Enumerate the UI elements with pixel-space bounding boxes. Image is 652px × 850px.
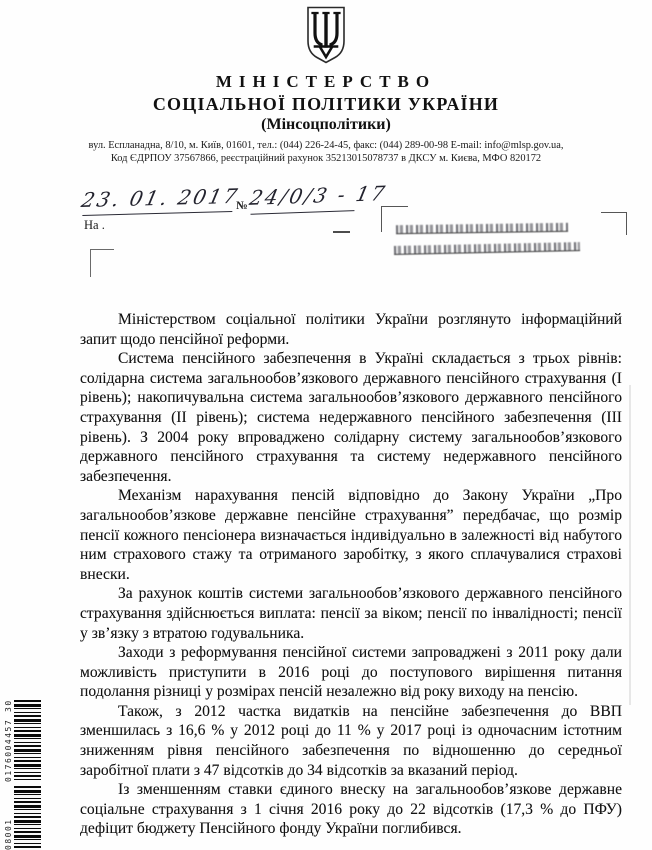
scan-dash-mark [333, 231, 350, 233]
barcode-digits: 0176004457 [4, 719, 13, 782]
ministry-title-line2: СОЦІАЛЬНОЇ ПОЛІТИКИ УКРАЇНИ [0, 94, 652, 115]
handwritten-outgoing-number: 24/0/3 - 17 [250, 182, 355, 215]
address-contacts-line: вул. Еспланадна, 8/10, м. Київ, 01601, т… [0, 140, 652, 151]
ministry-title-line1: МІНІСТЕРСТВО [0, 72, 652, 92]
scanned-letter-page: МІНІСТЕРСТВО СОЦІАЛЬНОЇ ПОЛІТИКИ УКРАЇНИ… [0, 0, 652, 850]
body-corner-mark [90, 249, 114, 277]
redacted-recipient-line [394, 242, 580, 255]
scan-artifact-line [629, 385, 631, 705]
number-symbol: № [236, 200, 248, 212]
registration-details-line: Код ЄДРПОУ 37567866, реєстраційний рахун… [0, 153, 652, 164]
body-paragraph: Система пенсійного забезпечення в Україн… [80, 349, 622, 486]
redacted-recipient-line [396, 223, 568, 234]
ukraine-coat-of-arms-icon [303, 6, 349, 64]
body-paragraph: Заходи з реформування пенсійної системи … [80, 643, 622, 702]
body-paragraph: За рахунок коштів системи загальнообов’я… [80, 584, 622, 643]
handwritten-date-text: 23. 01. 2017 [79, 184, 242, 212]
body-paragraph: Із зменшенням ставки єдиного внеску на з… [80, 780, 622, 839]
barcode-digits: 30 [4, 699, 13, 712]
reply-to-label: На . [84, 218, 105, 233]
vertical-barcode: 30 0176004457 08001 [4, 690, 44, 850]
barcode-digits: 08001 [4, 818, 13, 850]
top-right-corner-mark [601, 212, 627, 235]
barcode-bars [14, 700, 41, 780]
body-paragraph: Міністерством соціальної політики Україн… [80, 310, 622, 349]
handwritten-date: 23. 01. 2017 [82, 184, 233, 216]
letter-body: Міністерством соціальної політики Україн… [80, 310, 622, 839]
barcode-bars [14, 786, 41, 850]
ministry-short-name: (Мінсоцполітики) [0, 116, 652, 134]
handwritten-number-text: 24/0/3 - 17 [247, 181, 389, 210]
body-paragraph: Також, з 2012 частка видатків на пенсійн… [80, 702, 622, 780]
body-paragraph: Механізм нарахування пенсій відповідно д… [80, 486, 622, 584]
